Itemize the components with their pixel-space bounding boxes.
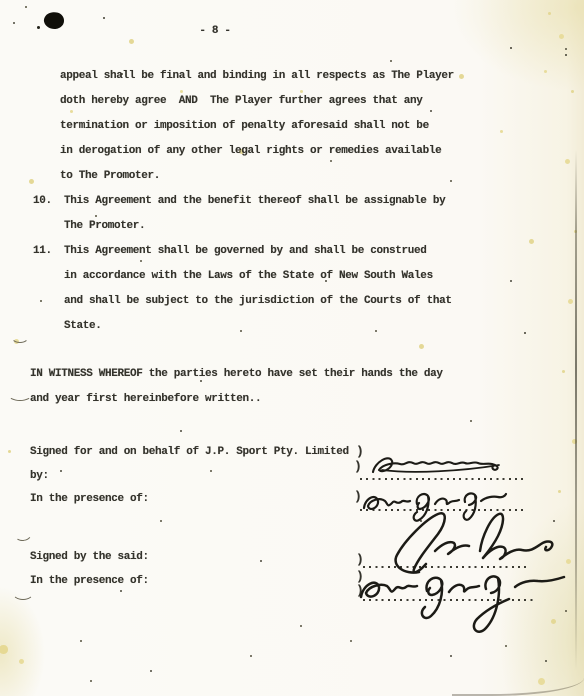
clause-11-line: and shall be subject to the jurisdiction…: [64, 294, 452, 308]
witness-clause-line: and year first hereinbefore written..: [30, 392, 261, 406]
clause-text-line: termination or imposition of penalty afo…: [60, 119, 429, 133]
scanned-contract-page: - 8 - appeal shall be final and binding …: [0, 0, 584, 696]
margin-pen-arc: [11, 330, 29, 343]
paper-speckles-dark: [13, 22, 15, 24]
margin-pen-arc: [8, 388, 32, 401]
witness-clause-line: IN WITNESS WHEREOF the parties hereto ha…: [30, 367, 443, 381]
clause-text-line: to The Promoter.: [60, 169, 160, 183]
scan-corner-shadow: [452, 678, 584, 696]
clause-10-line: This Agreement and the benefit thereof s…: [64, 194, 445, 208]
ink-blob-mark: [42, 10, 66, 31]
signature-company-officer: [368, 451, 503, 481]
presence-of-label: In the presence of:: [30, 574, 149, 588]
scan-edge-line: [575, 150, 577, 670]
page-number: - 8 -: [180, 24, 250, 38]
clause-text-line: appeal shall be final and binding in all…: [60, 69, 454, 83]
signature-witness-2: [356, 566, 568, 648]
ink-speck: [37, 26, 40, 29]
clause-10-line: The Promoter.: [64, 219, 145, 233]
clause-11-number: 11.: [33, 244, 52, 258]
clause-10-number: 10.: [33, 194, 52, 208]
presence-of-label: In the presence of:: [30, 492, 149, 506]
clause-11-line: in accordance with the Laws of the State…: [64, 269, 433, 283]
clause-11-line: This Agreement shall be governed by and …: [64, 244, 427, 258]
margin-pen-arc: [13, 525, 33, 542]
signed-by-said-label: Signed by the said:: [30, 550, 149, 564]
clause-text-line: in derogation of any other legal rights …: [60, 144, 441, 158]
clause-11-line: State.: [64, 319, 102, 333]
clause-text-line: doth hereby agree AND The Player further…: [60, 94, 423, 108]
brace-mark: ): [356, 445, 363, 459]
signed-on-behalf-label: Signed for and on behalf of J.P. Sport P…: [30, 445, 349, 459]
by-label: by:: [30, 469, 49, 483]
brace-mark: ): [354, 460, 361, 474]
paper-speckles-yellow: [548, 12, 551, 15]
